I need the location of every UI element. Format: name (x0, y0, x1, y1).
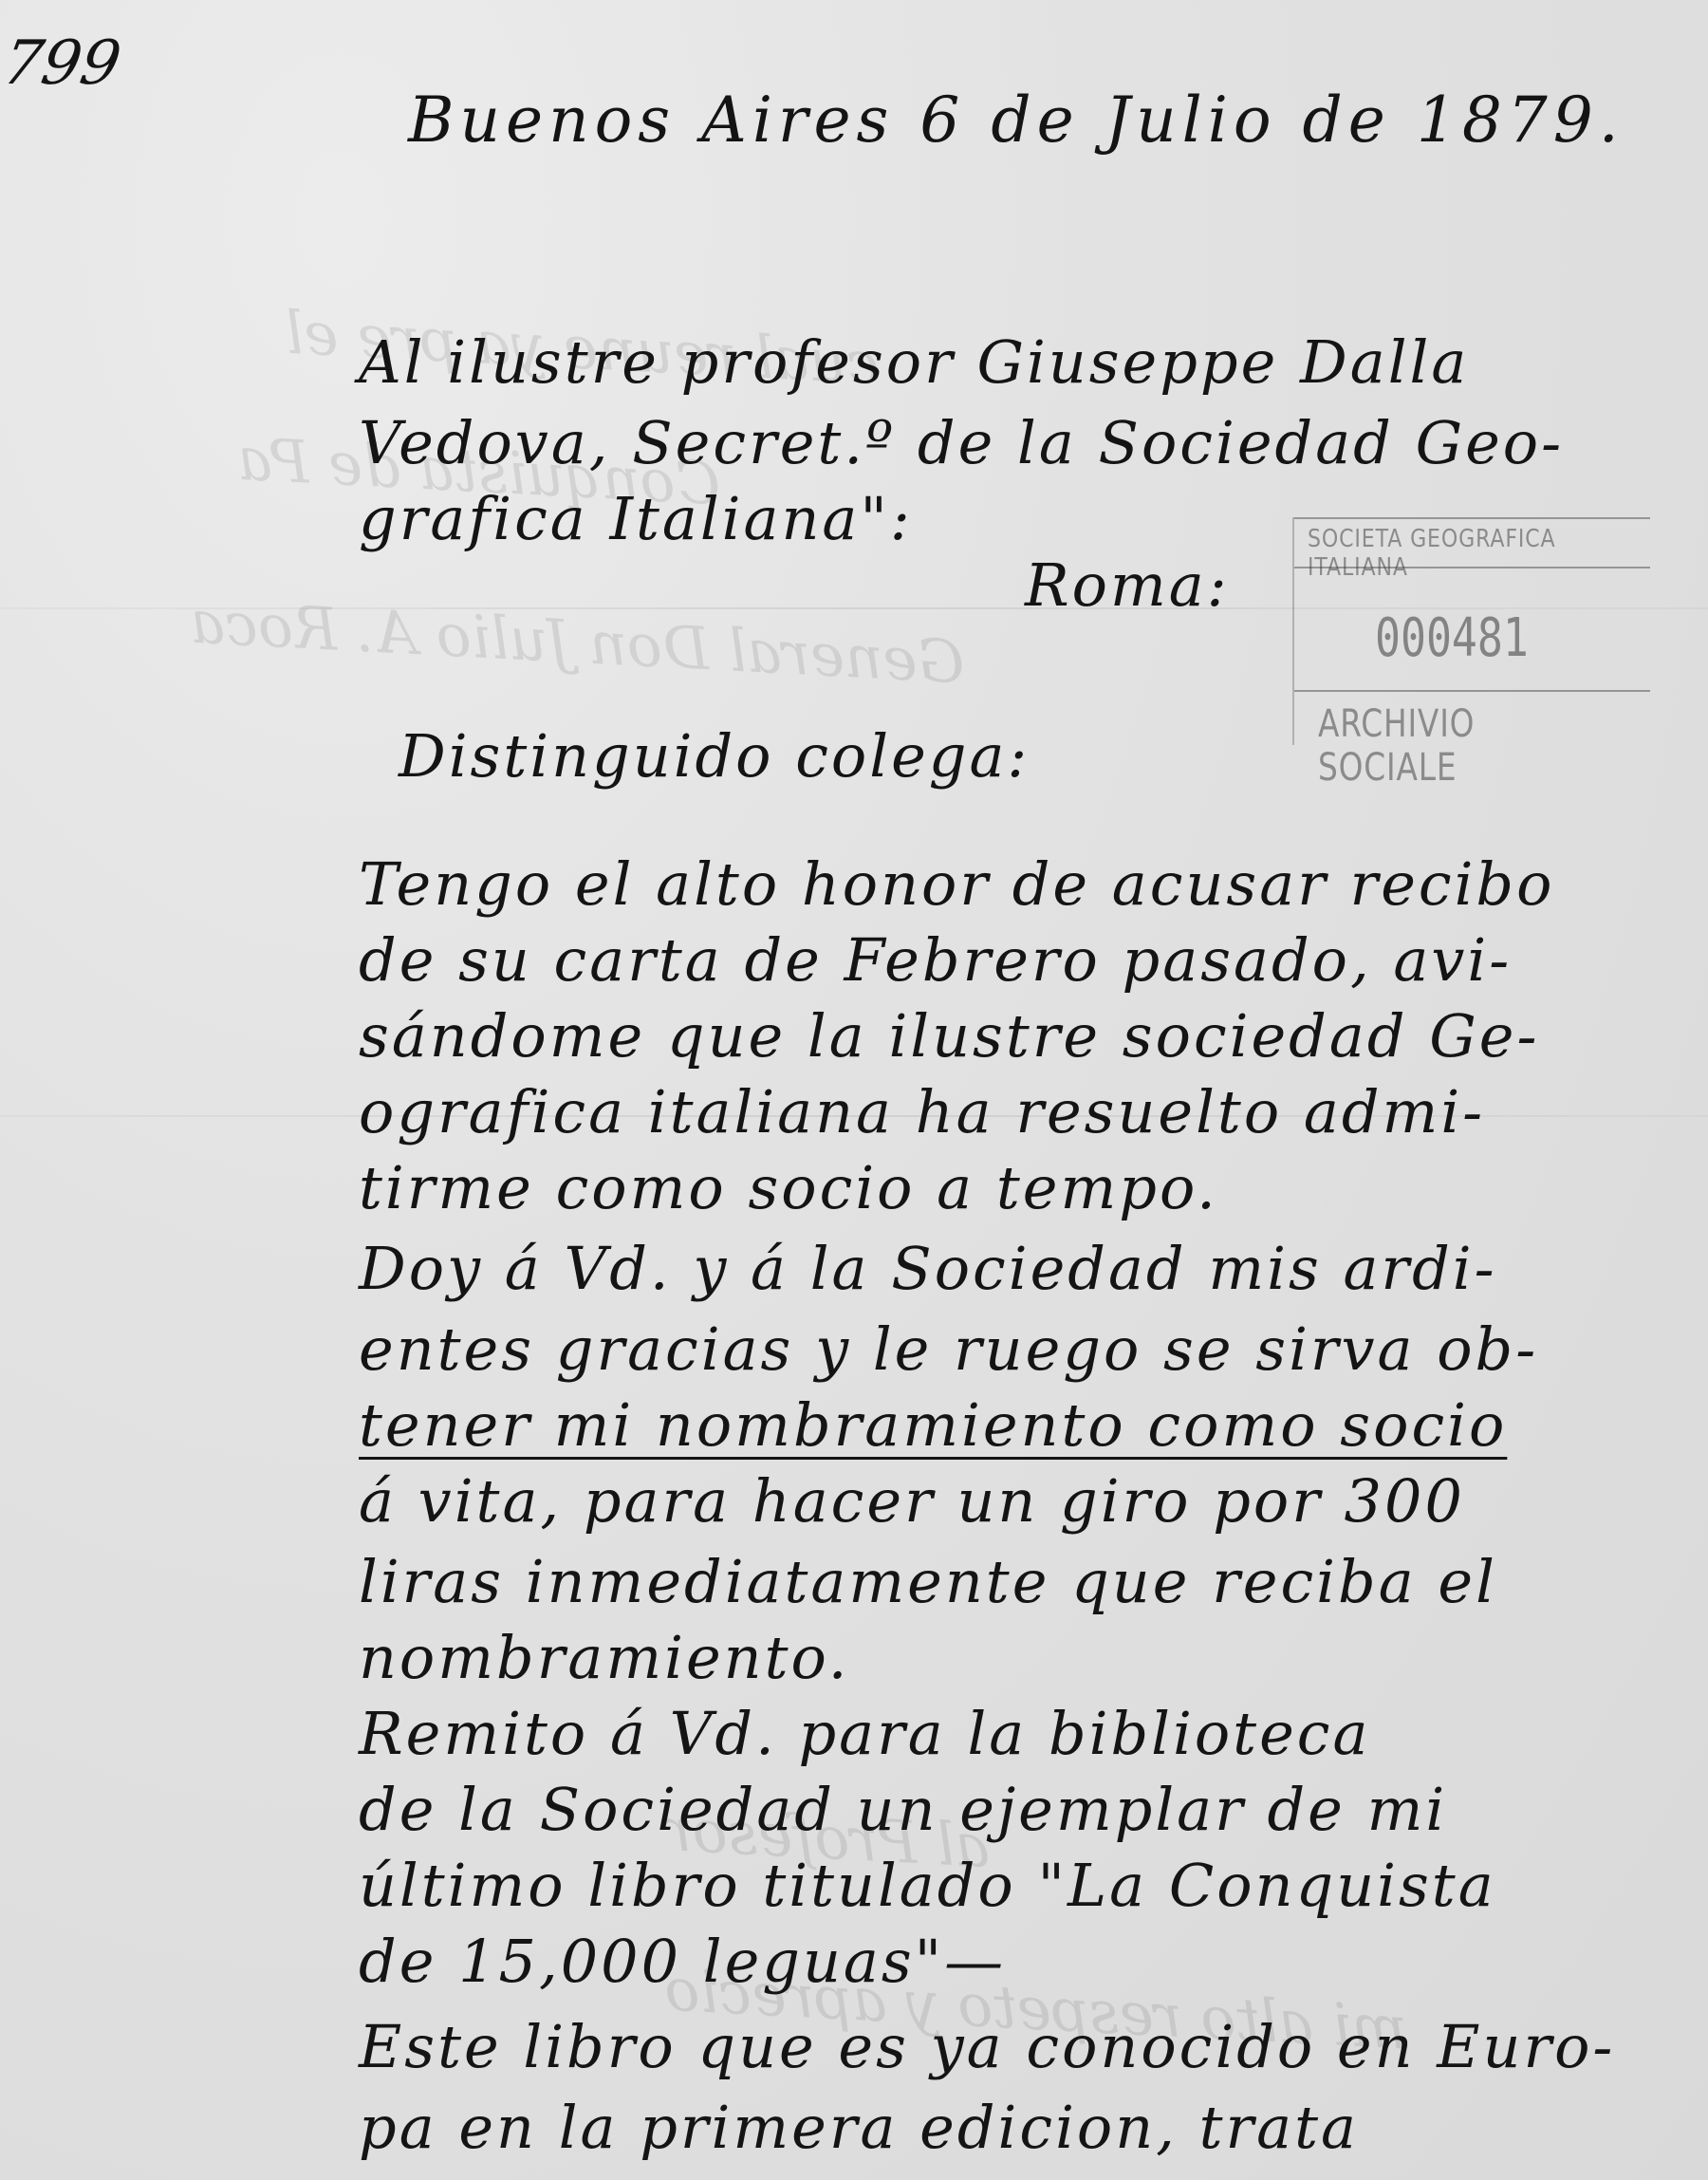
body-line-underlined: tener mi nombramiento como socio (359, 1390, 1507, 1460)
body-line: Tengo el alto honor de acusar recibo (359, 849, 1554, 919)
body-line: Remito á Vd. para la biblioteca (359, 1699, 1370, 1768)
body-line: de 15,000 leguas"— (359, 1927, 1006, 1996)
body-line: liras inmediatamente que reciba el (359, 1547, 1497, 1616)
dateline: Buenos Aires 6 de Julio de 1879. (408, 84, 1624, 157)
stamp-rule (1294, 567, 1650, 568)
body-line: entes gracias y le ruego se sirva ob- (359, 1314, 1538, 1384)
body-line: pa en la primera edicion, trata (359, 2093, 1359, 2162)
body-line: Este libro que es ya conocido en Euro- (359, 2012, 1615, 2081)
body-line: nombramiento. (359, 1623, 849, 1692)
body-line: ografica italiana ha resuelto admi- (359, 1077, 1485, 1146)
greeting: Distinguido colega: (399, 721, 1030, 791)
body-line: de la Sociedad un ejemplar de mi (359, 1775, 1447, 1844)
stamp-archive-label: ARCHIVIO SOCIALE (1318, 702, 1590, 790)
addressee-city: Roma: (1025, 550, 1230, 620)
body-line: tirme como socio a tempo. (359, 1153, 1218, 1222)
stamp-rule (1294, 690, 1650, 692)
body-line: último libro titulado "La Conquista (359, 1851, 1496, 1920)
addressee-line: Al ilustre profesor Giuseppe Dalla (359, 327, 1469, 397)
stamp-society-name: SOCIETA GEOGRAFICA ITALIANA (1308, 525, 1599, 582)
body-line: á vita, para hacer un giro por 300 (359, 1466, 1465, 1536)
stamp-archive-number: 000481 (1375, 607, 1529, 669)
body-line: sándome que la ilustre sociedad Ge- (359, 1001, 1539, 1071)
addressee-line: Vedova, Secret.º de la Sociedad Geo- (359, 408, 1564, 477)
stamp-rule (1294, 517, 1650, 519)
body-line: de su carta de Febrero pasado, avi- (359, 925, 1512, 995)
body-line: Doy á Vd. y á la Sociedad mis ardi- (359, 1234, 1497, 1303)
archive-stamp: SOCIETA GEOGRAFICA ITALIANA 000481 ARCHI… (1292, 517, 1650, 745)
addressee-line: grafica Italiana": (359, 484, 913, 553)
page-number: 799 (0, 28, 126, 99)
